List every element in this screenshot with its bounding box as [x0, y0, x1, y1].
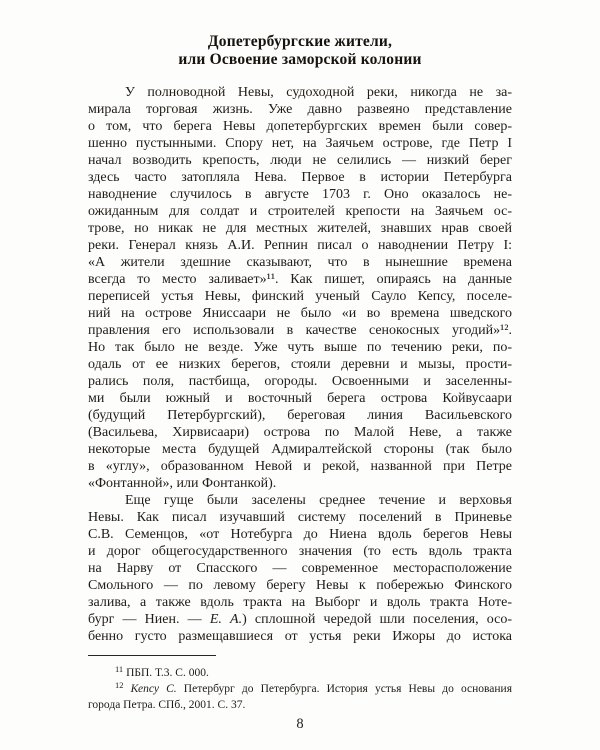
- text-segment: бург — Ниен. —: [88, 612, 210, 627]
- text-segment: ) сплошной чередой шли поселения, осо-: [242, 612, 512, 627]
- text-line: наводнение случилось в августе 1703 г. О…: [88, 186, 512, 203]
- footnote-11-text: ПБП. Т.3. С. 000.: [123, 667, 209, 679]
- text-line: одаль от ее низких берегов, стояли дерев…: [88, 356, 512, 373]
- text-line: Но так было не везде. Уже чуть выше по т…: [88, 339, 512, 356]
- text-line: У полноводной Невы, судоходной реки, ник…: [88, 84, 512, 101]
- text-line: о том, что берега Невы допетербургских в…: [88, 118, 512, 135]
- text-line-paragraph-end: «Фонтанной», или Фонтанкой).: [88, 475, 512, 492]
- footnote-11: 11 ПБП. Т.3. С. 000.: [88, 665, 512, 681]
- text-line-with-italic: бург — Ниен. — Е. А.) сплошной чередой ш…: [88, 611, 512, 628]
- text-line: мирала торговая жизнь. Уже давно развеян…: [88, 101, 512, 118]
- text-line: на Нарву от Спасского — современное мест…: [88, 560, 512, 577]
- text-line: (Васильева, Хирвисаари) острова по Малой…: [88, 424, 512, 441]
- footnote-11-marker: 11: [115, 664, 123, 674]
- book-page: Допетербургские жители, или Освоение зам…: [0, 0, 600, 750]
- text-line: «А жители здешние сказывают, что в нынеш…: [88, 254, 512, 271]
- text-line: правления его использовали в качестве се…: [88, 322, 512, 339]
- text-line: переписей устья Невы, финский ученый Сау…: [88, 288, 512, 305]
- editor-initials-italic: Е. А.: [210, 612, 242, 627]
- text-line: С.В. Семенцов, «от Нотебурга до Ниена вд…: [88, 526, 512, 543]
- text-line: Невы. Как писал изучавший систему поселе…: [88, 509, 512, 526]
- text-line: и дорог общегосударственного значения (т…: [88, 543, 512, 560]
- text-line: здесь часто затопляла Нева. Первое в ист…: [88, 169, 512, 186]
- footnote-separator: [88, 655, 216, 656]
- text-line: трове, но никак не для местных жителей, …: [88, 220, 512, 237]
- text-line: некоторые места будущей Адмиралтейской с…: [88, 441, 512, 458]
- text-line: бенно густо размещавшиеся от устья реки …: [88, 628, 512, 645]
- text-line: ми были южный и восточный берега острова…: [88, 390, 512, 407]
- text-line: реки. Генерал князь А.И. Репнин писал о …: [88, 237, 512, 254]
- text-line: залива, а также вдоль тракта на Выборг и…: [88, 594, 512, 611]
- text-line: рались поля, пастбища, огороды. Освоенны…: [88, 373, 512, 390]
- footnote-12-author-italic: Кепсу С.: [124, 683, 177, 695]
- text-line: шенно пустынными. Спору нет, на Заячьем …: [88, 135, 512, 152]
- text-line: в «углу», образованном Невой и рекой, на…: [88, 458, 512, 475]
- chapter-title-line-2: или Освоение заморской колонии: [88, 51, 512, 69]
- footnote-12-text: Петербург до Петербурга. История устья Н…: [177, 683, 512, 695]
- text-line: Смольного — по левому берегу Невы к побе…: [88, 577, 512, 594]
- chapter-title: Допетербургские жители, или Освоение зам…: [88, 33, 512, 68]
- footnote-12-line-1: 12 Кепсу С. Петербург до Петербурга. Ист…: [88, 681, 512, 697]
- text-line: Еще гуще были заселены среднее течение и…: [88, 492, 512, 509]
- footnote-12-marker: 12: [115, 680, 124, 690]
- text-line: ний на острове Яниссаари не было «и во в…: [88, 305, 512, 322]
- footnote-12-line-2: города Петра. СПб., 2001. С. 37.: [88, 697, 512, 713]
- text-line: ожиданным для солдат и строителей крепос…: [88, 203, 512, 220]
- text-line: (будущий Петербургский), береговая линия…: [88, 407, 512, 424]
- text-line: всегда то место заливает»¹¹. Как пишет, …: [88, 271, 512, 288]
- chapter-title-line-1: Допетербургские жители,: [88, 33, 512, 51]
- page-number: 8: [0, 716, 600, 733]
- footnotes: 11 ПБП. Т.3. С. 000. 12 Кепсу С. Петербу…: [88, 655, 512, 713]
- text-line: начал возводить крепость, люди не селили…: [88, 152, 512, 169]
- body-text: У полноводной Невы, судоходной реки, ник…: [88, 84, 512, 645]
